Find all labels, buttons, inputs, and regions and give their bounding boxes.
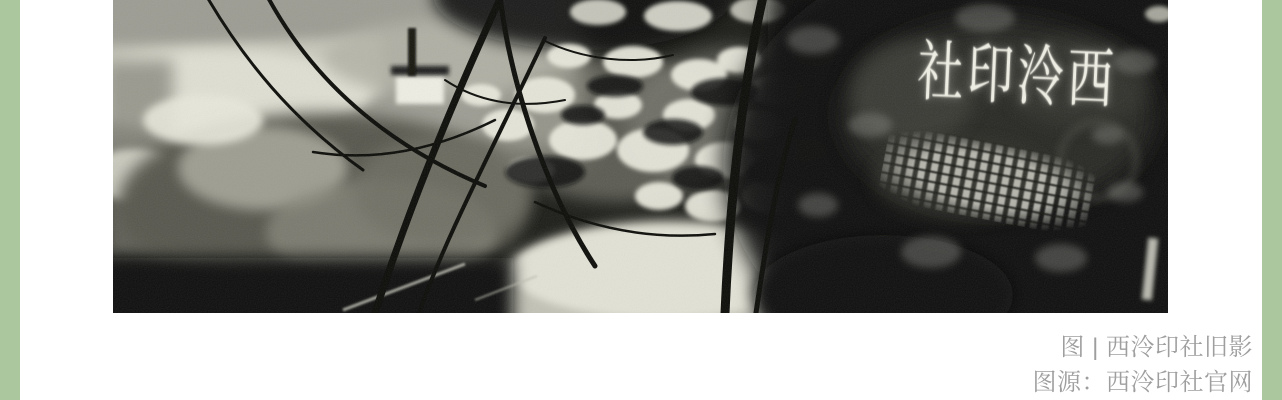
right-accent-bar: [1262, 0, 1282, 400]
cliff-inscription-text: 社印泠西: [916, 38, 1134, 113]
caption-source-line: 图源：西泠印社官网: [1033, 365, 1254, 400]
caption-credit-line: 图 | 西泠印社旧影: [1033, 330, 1254, 365]
article-photo[interactable]: 社印泠西: [113, 0, 1168, 313]
photo-caption: 图 | 西泠印社旧影 图源：西泠印社官网: [1033, 330, 1254, 400]
article-page: 社印泠西 图 | 西泠印社旧影 图源：西泠印社官网: [0, 0, 1282, 400]
left-accent-bar: [0, 0, 20, 400]
